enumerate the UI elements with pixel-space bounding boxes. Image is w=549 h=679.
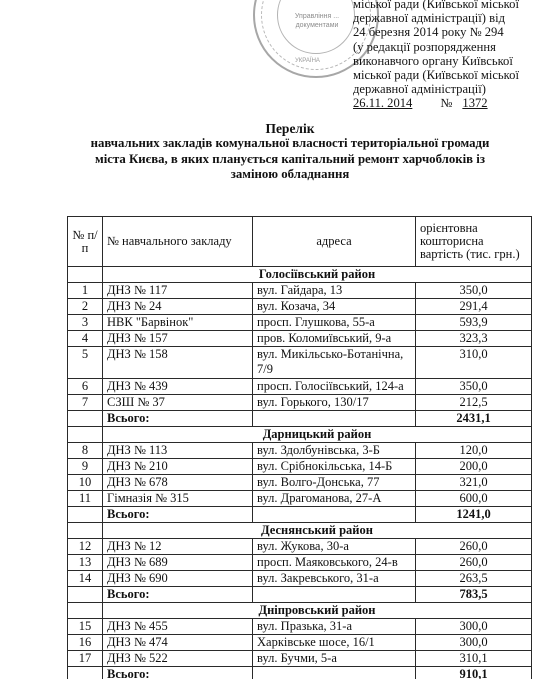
row-cost: 593,9 (416, 315, 532, 331)
row-address: вул. Козача, 34 (253, 299, 416, 315)
row-institution: ДНЗ № 689 (103, 555, 253, 571)
district-index-cell (68, 267, 103, 283)
row-address: вул. Празька, 31-а (253, 619, 416, 635)
stamp-bottom-text: УКРАЇНА (295, 58, 320, 64)
title-heading: Перелік (60, 121, 520, 136)
table-row: 15ДНЗ № 455вул. Празька, 31-а300,0 (68, 619, 532, 635)
row-address: вул. Драгоманова, 27-А (253, 491, 416, 507)
row-institution: ДНЗ № 439 (103, 379, 253, 395)
row-cost: 260,0 (416, 539, 532, 555)
row-address: вул. Микільсько-Ботанічна, 7/9 (253, 347, 416, 379)
approval-line: державної адміністрації) (353, 82, 543, 96)
row-cost: 323,3 (416, 331, 532, 347)
table-row: 8ДНЗ № 113вул. Здолбунівська, 3-Б120,0 (68, 443, 532, 459)
row-institution: ДНЗ № 455 (103, 619, 253, 635)
district-total-row: Всього:1241,0 (68, 507, 532, 523)
district-total-row: Всього:2431,1 (68, 411, 532, 427)
table-header-row: № п/п № навчального закладу адреса орієн… (68, 217, 532, 267)
district-total-row: Всього:910,1 (68, 667, 532, 679)
table-row: 1ДНЗ № 117вул. Гайдара, 13350,0 (68, 283, 532, 299)
table-row: 5ДНЗ № 158вул. Микільсько-Ботанічна, 7/9… (68, 347, 532, 379)
district-name: Дніпровський район (103, 603, 532, 619)
district-row: Голосіївський район (68, 267, 532, 283)
row-cost: 350,0 (416, 379, 532, 395)
row-address: вул. Бучми, 5-а (253, 651, 416, 667)
row-index: 2 (68, 299, 103, 315)
total-address-cell (253, 587, 416, 603)
row-address: просп. Голосіївський, 124-а (253, 379, 416, 395)
total-label: Всього: (103, 667, 253, 679)
row-index: 6 (68, 379, 103, 395)
approval-date: 26.11. 2014 (353, 96, 412, 110)
row-index: 13 (68, 555, 103, 571)
district-name: Дарницький район (103, 427, 532, 443)
row-address: вул. Здолбунівська, 3-Б (253, 443, 416, 459)
header-institution: № навчального закладу (103, 217, 253, 267)
row-address: просп. Глушкова, 55-а (253, 315, 416, 331)
row-address: вул. Волго-Донська, 77 (253, 475, 416, 491)
table-row: 3НВК "Барвінок"просп. Глушкова, 55-а593,… (68, 315, 532, 331)
approval-line: 24 березня 2014 року № 294 (353, 25, 543, 39)
total-label: Всього: (103, 507, 253, 523)
row-institution: ДНЗ № 12 (103, 539, 253, 555)
row-institution: ДНЗ № 474 (103, 635, 253, 651)
row-index: 15 (68, 619, 103, 635)
header-cost: орієнтовна кошторисна вартість (тис. грн… (416, 217, 532, 267)
row-address: вул. Срібнокільська, 14-Б (253, 459, 416, 475)
table-row: 16ДНЗ № 474Харківське шосе, 16/1300,0 (68, 635, 532, 651)
table-row: 14ДНЗ № 690вул. Закревського, 31-а263,5 (68, 571, 532, 587)
district-index-cell (68, 427, 103, 443)
row-institution: ДНЗ № 24 (103, 299, 253, 315)
approval-line: виконавчого органу Київської (353, 54, 543, 68)
district-row: Дарницький район (68, 427, 532, 443)
row-address: вул. Закревського, 31-а (253, 571, 416, 587)
row-address: Харківське шосе, 16/1 (253, 635, 416, 651)
institutions-table: № п/п № навчального закладу адреса орієн… (67, 216, 532, 679)
document-title: Перелік навчальних закладів комунальної … (60, 121, 520, 183)
table-row: 6ДНЗ № 439просп. Голосіївський, 124-а350… (68, 379, 532, 395)
row-cost: 300,0 (416, 635, 532, 651)
total-value: 910,1 (416, 667, 532, 679)
approval-number: 1372 (462, 96, 487, 110)
total-index-cell (68, 587, 103, 603)
row-index: 12 (68, 539, 103, 555)
total-label: Всього: (103, 587, 253, 603)
row-address: вул. Гайдара, 13 (253, 283, 416, 299)
title-subtitle-line: міста Києва, в яких планується капітальн… (60, 152, 520, 167)
row-index: 9 (68, 459, 103, 475)
table-row: 4ДНЗ № 157пров. Коломиївський, 9-а323,3 (68, 331, 532, 347)
total-index-cell (68, 411, 103, 427)
total-value: 1241,0 (416, 507, 532, 523)
row-address: пров. Коломиївський, 9-а (253, 331, 416, 347)
total-address-cell (253, 507, 416, 523)
table-row: 17ДНЗ № 522вул. Бучми, 5-а310,1 (68, 651, 532, 667)
approval-line: державної адміністрації) від (353, 11, 543, 25)
title-subtitle-line: навчальних закладів комунальної власност… (60, 136, 520, 151)
row-index: 14 (68, 571, 103, 587)
district-index-cell (68, 523, 103, 539)
row-index: 4 (68, 331, 103, 347)
approval-block: міської ради (Київської міської державно… (353, 0, 543, 111)
row-address: вул. Жукова, 30-а (253, 539, 416, 555)
stamp-center-text: Управління ... документами (287, 12, 347, 30)
approval-line: міської ради (Київської міської (353, 68, 543, 82)
table-row: 13ДНЗ № 689просп. Маяковського, 24-в260,… (68, 555, 532, 571)
row-index: 1 (68, 283, 103, 299)
total-address-cell (253, 411, 416, 427)
row-index: 10 (68, 475, 103, 491)
total-label: Всього: (103, 411, 253, 427)
row-cost: 350,0 (416, 283, 532, 299)
row-institution: ДНЗ № 690 (103, 571, 253, 587)
row-cost: 600,0 (416, 491, 532, 507)
title-subtitle-line: заміною обладнання (60, 167, 520, 182)
row-cost: 263,5 (416, 571, 532, 587)
approval-line: міської ради (Київської міської (353, 0, 543, 11)
document-page: Управління ... документами УКРАЇНА міськ… (0, 0, 549, 679)
row-cost: 212,5 (416, 395, 532, 411)
row-cost: 300,0 (416, 619, 532, 635)
row-address: вул. Горького, 130/17 (253, 395, 416, 411)
table-row: 10ДНЗ № 678вул. Волго-Донська, 77321,0 (68, 475, 532, 491)
total-value: 783,5 (416, 587, 532, 603)
district-name: Голосіївський район (103, 267, 532, 283)
row-cost: 310,0 (416, 347, 532, 379)
district-total-row: Всього:783,5 (68, 587, 532, 603)
header-address: адреса (253, 217, 416, 267)
row-institution: НВК "Барвінок" (103, 315, 253, 331)
approval-number-label: № (440, 96, 452, 110)
row-index: 5 (68, 347, 103, 379)
row-institution: ДНЗ № 158 (103, 347, 253, 379)
table-row: 11Гімназія № 315вул. Драгоманова, 27-А60… (68, 491, 532, 507)
table-row: 7СЗШ № 37вул. Горького, 130/17212,5 (68, 395, 532, 411)
row-institution: ДНЗ № 157 (103, 331, 253, 347)
row-index: 3 (68, 315, 103, 331)
row-cost: 321,0 (416, 475, 532, 491)
row-index: 7 (68, 395, 103, 411)
row-institution: ДНЗ № 113 (103, 443, 253, 459)
row-index: 17 (68, 651, 103, 667)
row-institution: Гімназія № 315 (103, 491, 253, 507)
district-row: Дніпровський район (68, 603, 532, 619)
district-index-cell (68, 603, 103, 619)
table-row: 12ДНЗ № 12вул. Жукова, 30-а260,0 (68, 539, 532, 555)
district-name: Деснянський район (103, 523, 532, 539)
row-institution: ДНЗ № 210 (103, 459, 253, 475)
row-cost: 260,0 (416, 555, 532, 571)
header-index: № п/п (68, 217, 103, 267)
row-address: просп. Маяковського, 24-в (253, 555, 416, 571)
table-row: 9ДНЗ № 210вул. Срібнокільська, 14-Б200,0 (68, 459, 532, 475)
row-institution: ДНЗ № 117 (103, 283, 253, 299)
approval-date-line: 26.11. 2014№1372 (353, 96, 543, 110)
row-cost: 291,4 (416, 299, 532, 315)
table-row: 2ДНЗ № 24вул. Козача, 34291,4 (68, 299, 532, 315)
row-index: 16 (68, 635, 103, 651)
district-row: Деснянський район (68, 523, 532, 539)
row-cost: 120,0 (416, 443, 532, 459)
row-cost: 310,1 (416, 651, 532, 667)
row-institution: ДНЗ № 678 (103, 475, 253, 491)
row-index: 8 (68, 443, 103, 459)
row-institution: ДНЗ № 522 (103, 651, 253, 667)
approval-line: (у редакції розпорядження (353, 40, 543, 54)
total-address-cell (253, 667, 416, 679)
row-index: 11 (68, 491, 103, 507)
row-cost: 200,0 (416, 459, 532, 475)
row-institution: СЗШ № 37 (103, 395, 253, 411)
table-body: Голосіївський район1ДНЗ № 117вул. Гайдар… (68, 267, 532, 679)
total-index-cell (68, 507, 103, 523)
total-value: 2431,1 (416, 411, 532, 427)
total-index-cell (68, 667, 103, 679)
